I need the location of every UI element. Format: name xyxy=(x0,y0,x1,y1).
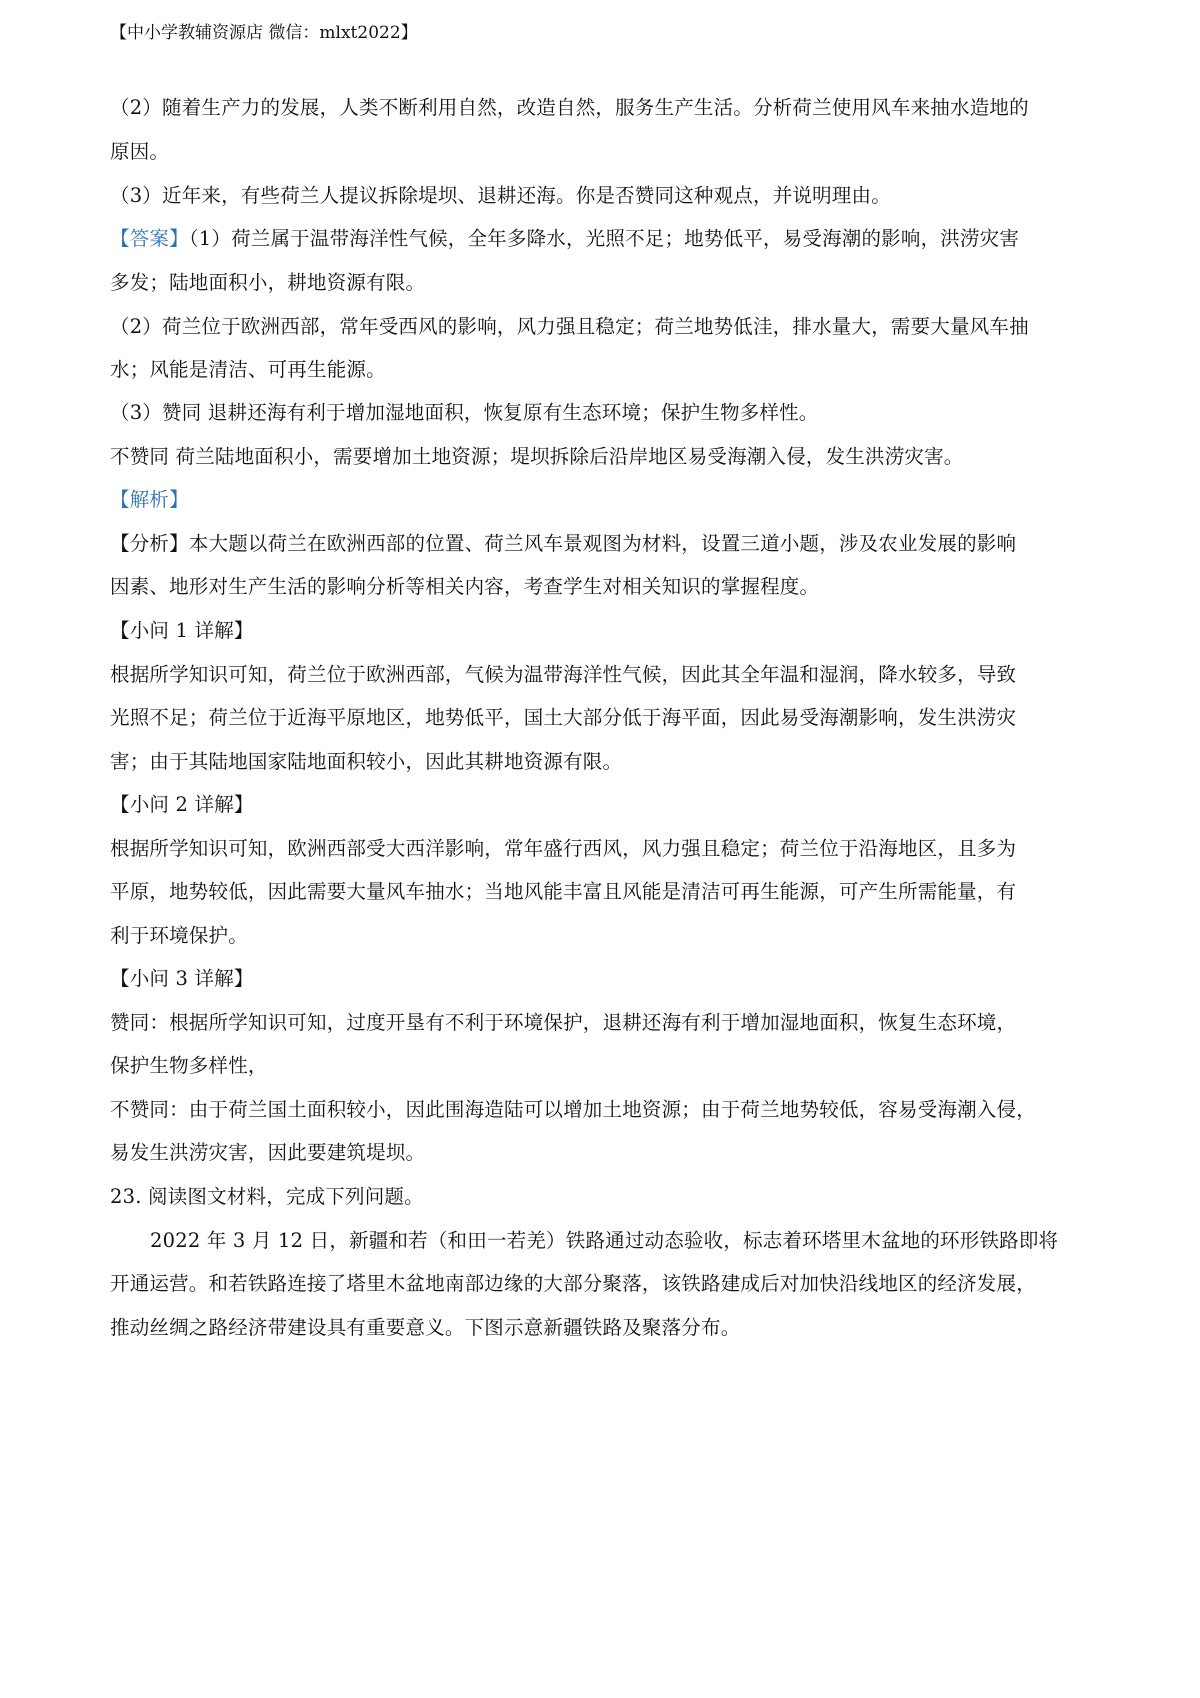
answer-p2-line-2: 水；风能是清洁、可再生能源。 xyxy=(110,356,1100,384)
sub2-line: 利于环境保护。 xyxy=(110,922,1100,950)
sub3-title: 【小问 3 详解】 xyxy=(110,965,1100,993)
question-23-title: 23. 阅读图文材料，完成下列问题。 xyxy=(110,1183,1100,1211)
answer-p2-line-1: （2）荷兰位于欧洲西部，常年受西风的影响，风力强且稳定；荷兰地势低洼，排水量大，… xyxy=(110,313,1100,341)
page-header: 【中小学教辅资源店 微信：mlxt2022】 xyxy=(110,18,418,43)
sub3-line: 保护生物多样性， xyxy=(110,1052,1100,1080)
analysis-summary-line-1: 【分析】本大题以荷兰在欧洲西部的位置、荷兰风车景观图为材料，设置三道小题，涉及农… xyxy=(110,530,1100,558)
answer-label: 【答案】 xyxy=(110,227,189,250)
q23-material-line: 2022 年 3 月 12 日，新疆和若（和田一若羌）铁路通过动态验收，标志着环… xyxy=(150,1227,1100,1255)
answer-p3-line-1: （3）赞同 退耕还海有利于增加湿地面积，恢复原有生态环境；保护生物多样性。 xyxy=(110,399,1100,427)
sub3-line: 易发生洪涝灾害，因此要建筑堤坝。 xyxy=(110,1139,1100,1167)
sub3-line: 赞同：根据所学知识可知，过度开垦有不利于环境保护，退耕还海有利于增加湿地面积，恢… xyxy=(110,1009,1100,1037)
q23-material-line: 开通运营。和若铁路连接了塔里木盆地南部边缘的大部分聚落，该铁路建成后对加快沿线地… xyxy=(110,1270,1100,1298)
answer-p1-line-1: 【答案】（1）荷兰属于温带海洋性气候，全年多降水，光照不足；地势低平，易受海潮的… xyxy=(110,225,1100,253)
answer-p1-line-2: 多发；陆地面积小，耕地资源有限。 xyxy=(110,269,1100,297)
sub1-line: 害；由于其陆地国家陆地面积较小，因此其耕地资源有限。 xyxy=(110,748,1100,776)
sub1-line: 光照不足；荷兰位于近海平原地区，地势低平，国土大部分低于海平面，因此易受海潮影响… xyxy=(110,704,1100,732)
sub2-line: 根据所学知识可知，欧洲西部受大西洋影响，常年盛行西风，风力强且稳定；荷兰位于沿海… xyxy=(110,835,1100,863)
question-3: （3）近年来，有些荷兰人提议拆除堤坝、退耕还海。你是否赞同这种观点，并说明理由。 xyxy=(110,182,1100,210)
analysis-summary-line-2: 因素、地形对生产生活的影响分析等相关内容，考查学生对相关知识的掌握程度。 xyxy=(110,573,1100,601)
document-page: 【中小学教辅资源店 微信：mlxt2022】 （2）随着生产力的发展，人类不断利… xyxy=(0,0,1200,1698)
sub1-line: 根据所学知识可知，荷兰位于欧洲西部，气候为温带海洋性气候，因此其全年温和湿润，降… xyxy=(110,661,1100,689)
question-2-line-2: 原因。 xyxy=(110,138,1100,166)
sub2-line: 平原，地势较低，因此需要大量风车抽水；当地风能丰富且风能是清洁可再生能源，可产生… xyxy=(110,878,1100,906)
question-2-line-1: （2）随着生产力的发展，人类不断利用自然，改造自然，服务生产生活。分析荷兰使用风… xyxy=(110,94,1100,122)
answer-p3-line-2: 不赞同 荷兰陆地面积小，需要增加土地资源；堤坝拆除后沿岸地区易受海潮入侵，发生洪… xyxy=(110,443,1100,471)
analysis-label: 【解析】 xyxy=(110,486,1100,514)
sub2-title: 【小问 2 详解】 xyxy=(110,791,1100,819)
q23-material-line: 推动丝绸之路经济带建设具有重要意义。下图示意新疆铁路及聚落分布。 xyxy=(110,1314,1100,1342)
sub3-line: 不赞同：由于荷兰国土面积较小，因此围海造陆可以增加土地资源；由于荷兰地势较低，容… xyxy=(110,1096,1100,1124)
sub1-title: 【小问 1 详解】 xyxy=(110,617,1100,645)
